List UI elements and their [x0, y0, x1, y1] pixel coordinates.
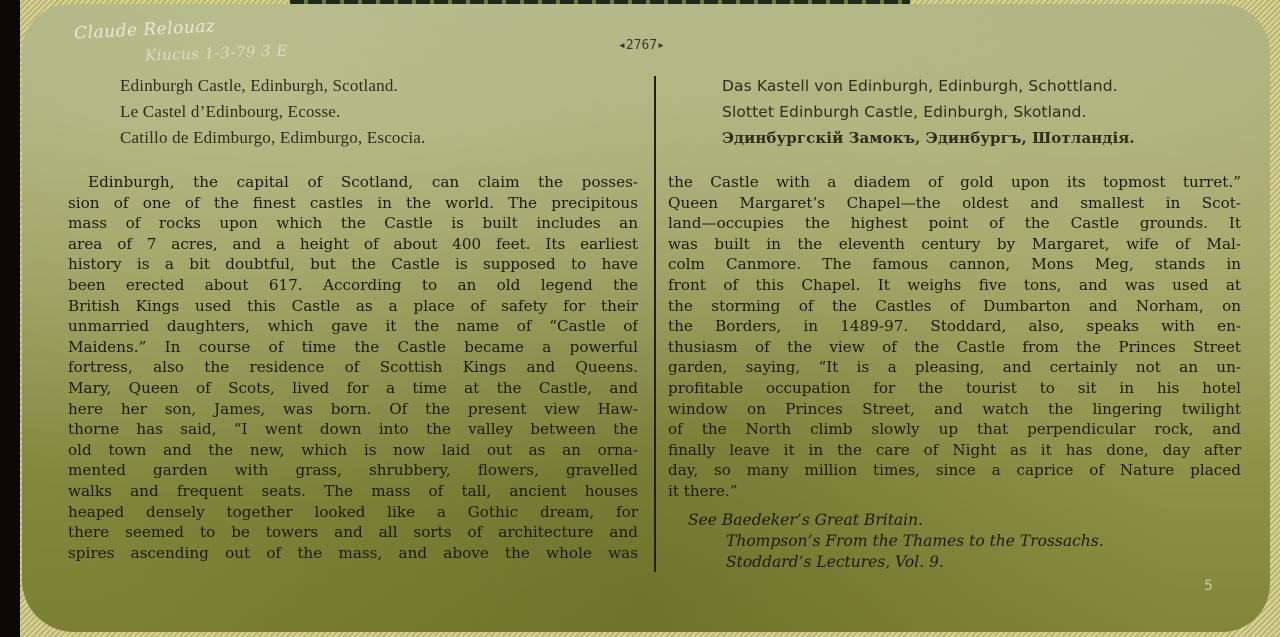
text-line: Mary, Queen of Scots, lived for a time a… [68, 378, 638, 399]
page-mark: 5 [1204, 578, 1213, 594]
text-line: the Borders, in 1489-97. Stoddard, also,… [668, 316, 1241, 337]
title-swedish: Slottet Edinburgh Castle, Edinburgh, Sko… [722, 99, 1135, 125]
text-line: spires ascending out of the mass, and ab… [68, 543, 638, 564]
titles-left: Edinburgh Castle, Edinburgh, Scotland. L… [120, 73, 426, 151]
text-line: there seemed to be towers and all sorts … [68, 522, 638, 543]
text-line: profitable occupation for the tourist to… [668, 378, 1241, 399]
references: See Baedeker’s Great Britain. Thompson’s… [688, 510, 1104, 573]
title-german: Das Kastell von Edinburgh, Edinburgh, Sc… [722, 73, 1135, 99]
text-line: unmarried daughters, which gave it the n… [68, 316, 638, 337]
text-line: it there.” [668, 481, 1241, 502]
title-spanish: Catillo de Edimburgo, Edimburgo, Escocia… [120, 125, 426, 151]
title-russian: Эдинбургскій Замокъ, Эдинбургъ, Шотланді… [722, 125, 1135, 151]
text-line: mass of rocks upon which the Castle is b… [68, 213, 638, 234]
text-line: of the North climb slowly up that perpen… [668, 419, 1241, 440]
text-line: Edinburgh, the capital of Scotland, can … [68, 172, 638, 193]
text-line: Maidens.” In course of time the Castle b… [68, 337, 638, 358]
text-line: was built in the eleventh century by Mar… [668, 234, 1241, 255]
text-line: area of 7 acres, and a height of about 4… [68, 234, 638, 255]
text-line: Queen Margaret’s Chapel—the oldest and s… [668, 193, 1241, 214]
text-line: here her son, James, was born. Of the pr… [68, 399, 638, 420]
text-line: fortress, also the residence of Scottish… [68, 357, 638, 378]
text-line: land—occupies the highest point of the C… [668, 213, 1241, 234]
body-text-right: the Castle with a diadem of gold upon it… [668, 172, 1241, 502]
text-line: sion of one of the finest castles in the… [68, 193, 638, 214]
text-line: mented garden with grass, shrubbery, flo… [68, 460, 638, 481]
title-french: Le Castel d’Edinbourg, Ecosse. [120, 99, 426, 125]
text-line: day, so many million times, since a capr… [668, 460, 1241, 481]
text-line: garden, saying, “It is a pleasing, and c… [668, 357, 1241, 378]
text-line: heaped densely together looked like a Go… [68, 502, 638, 523]
text-line: old town and the new, which is now laid … [68, 440, 638, 461]
catalog-number: ◂2767▸ [618, 38, 665, 53]
text-line: history is a bit doubtful, but the Castl… [68, 254, 638, 275]
text-line: thusiasm of the view of the Castle from … [668, 337, 1241, 358]
title-english: Edinburgh Castle, Edinburgh, Scotland. [120, 73, 426, 99]
reference-stoddard: Stoddard’s Lectures, Vol. 9. [688, 552, 1104, 573]
titles-right: Das Kastell von Edinburgh, Edinburgh, Sc… [722, 73, 1135, 151]
column-divider [654, 76, 656, 572]
text-line: been erected about 617. According to an … [68, 275, 638, 296]
text-line: walks and frequent seats. The mass of ta… [68, 481, 638, 502]
text-line: colm Canmore. The famous cannon, Mons Me… [668, 254, 1241, 275]
reference-baedeker: See Baedeker’s Great Britain. [688, 510, 1104, 531]
text-line: finally leave it in the care of Night as… [668, 440, 1241, 461]
reference-thompson: Thompson’s From the Thames to the Trossa… [688, 531, 1104, 552]
text-line: the storming of the Castles of Dumbarton… [668, 296, 1241, 317]
text-line: front of this Chapel. It weighs five ton… [668, 275, 1241, 296]
text-line: the Castle with a diadem of gold upon it… [668, 172, 1241, 193]
text-line: window on Princes Street, and watch the … [668, 399, 1241, 420]
body-text-left: Edinburgh, the capital of Scotland, can … [68, 172, 638, 563]
text-line: thorne has said, “I went down into the v… [68, 419, 638, 440]
text-line: British Kings used this Castle as a plac… [68, 296, 638, 317]
